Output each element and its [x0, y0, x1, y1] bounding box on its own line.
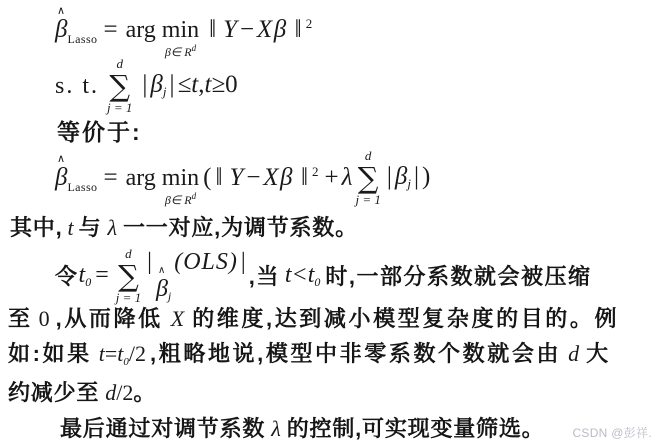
norm-expression: ‖Y−Xβ‖2	[209, 16, 312, 44]
beta-hat-lasso: ∧ βLasso	[55, 5, 97, 46]
penalty-expression: |βj|)	[384, 163, 430, 192]
power-2: 2	[306, 16, 313, 31]
subject-to-label: s. t.	[55, 73, 99, 100]
lambda-symbol: λ	[107, 215, 117, 240]
text-fragment: 令	[55, 263, 79, 290]
beta-j: β	[150, 71, 162, 98]
t0-subscript: 0	[85, 275, 91, 289]
hat-symbol: ∧	[57, 153, 65, 164]
equals-sign: =	[95, 262, 109, 288]
t0-subscript: 0	[314, 275, 320, 289]
beta-symbol: β	[55, 164, 67, 191]
sigma-symbol: ∑	[118, 262, 139, 291]
formula-lasso-constrained: ∧ βLasso = arg min β∈ Rd ‖Y−Xβ‖2	[55, 2, 312, 58]
abs-bar-close: |	[414, 163, 419, 190]
text-fragment: 的控制,可实现变量筛选。	[287, 416, 545, 441]
power-2: 2	[312, 164, 319, 179]
abs-bar-open: |	[142, 71, 147, 98]
norm-open: ‖	[215, 164, 222, 191]
arg-operator: arg	[126, 165, 156, 192]
sigma-symbol: ∑	[109, 72, 130, 101]
summation-block: d ∑ j = 1	[355, 149, 380, 207]
csdn-watermark: CSDN @彭祥.	[572, 424, 652, 441]
min-constraint: β∈ R	[165, 193, 192, 207]
residual-expression: Y−Xβ	[229, 164, 294, 191]
arg-operator: arg	[126, 17, 156, 44]
min-operator-block: min β∈ Rd	[162, 18, 199, 61]
text-fragment: 与	[79, 215, 102, 240]
min-constraint-exponent: d	[192, 43, 197, 53]
paren-close: )	[422, 163, 430, 190]
sum-lower-limit: j = 1	[107, 101, 132, 115]
text-fragment: ,当	[249, 263, 280, 290]
norm-open: ‖	[209, 16, 216, 43]
geq-sign: ≥	[211, 71, 225, 98]
d-variable: d	[568, 341, 579, 366]
leq-sign: ≤	[178, 71, 192, 98]
hat-symbol: ∧	[57, 5, 65, 16]
min-constraint: β∈ R	[165, 45, 192, 59]
document-page: ∧ βLasso = arg min β∈ Rd ‖Y−Xβ‖2 s. t. d…	[0, 0, 662, 448]
t-lt-t0: t<t0	[280, 262, 326, 290]
abs-bar-close: |	[170, 71, 175, 98]
text-fragment: 如:如果	[8, 341, 92, 366]
paragraph-reduction-result: 约减少至d/2。	[8, 379, 155, 406]
ols-abs-expression: |∧βj(OLS)|	[144, 249, 249, 303]
constraint-expression: |βj|≤t,t≥0	[139, 71, 237, 100]
x-matrix: X	[171, 306, 184, 331]
sum-lower-limit: j = 1	[355, 193, 380, 207]
formula-lasso-penalized: ∧ βLasso = arg min β∈ Rd ( ‖Y−Xβ‖2 + λ d…	[55, 148, 430, 208]
text-fragment: 约减少至	[8, 380, 99, 405]
beta-symbol: β	[156, 276, 168, 302]
sum-lower-limit: j = 1	[116, 291, 141, 305]
sigma-symbol: ∑	[358, 164, 379, 193]
residual-expression: Y−Xβ	[223, 16, 288, 43]
beta-hat-j: ∧βj	[156, 266, 171, 303]
text-fragment: ,粗略地说,模型中非零系数个数就会由	[150, 341, 561, 366]
paragraph-example: 如:如果t=t0/2,粗略地说,模型中非零系数个数就会由d大	[8, 340, 611, 368]
min-operator: min	[162, 166, 199, 191]
equals-sign: =	[103, 164, 117, 192]
beta-j-subscript: j	[163, 85, 167, 100]
half-fraction: /2	[116, 380, 133, 405]
summation-block: d ∑ j = 1	[107, 57, 132, 115]
paragraph-t0-definition: 令 t0= d ∑ j = 1 |∧βj(OLS)| ,当 t<t0 时,一部分…	[55, 248, 592, 304]
text-fragment: 的维度,达到减小模型复杂度的目的。例	[192, 306, 619, 331]
norm-close: ‖	[301, 164, 308, 191]
beta-j-subscript: j	[168, 289, 171, 303]
beta-subscript-lasso: Lasso	[67, 180, 97, 194]
norm-expression: ‖Y−Xβ‖2	[215, 164, 318, 192]
zero-value: 0	[225, 71, 238, 98]
hat-symbol: ∧	[158, 266, 165, 276]
beta-hat-lasso-2: ∧ βLasso	[55, 153, 97, 194]
text-fragment: ,从而降低	[56, 306, 163, 331]
paragraph-dimension-reduction: 至0,从而降低X的维度,达到减小模型复杂度的目的。例	[8, 305, 619, 332]
beta-j-subscript: j	[407, 177, 411, 192]
plus-sign: +	[325, 164, 339, 192]
min-operator-block: min β∈ Rd	[162, 166, 199, 209]
summation-block: d ∑ j = 1	[116, 247, 141, 305]
d-variable: d	[105, 380, 116, 405]
t-variable: t	[68, 215, 74, 240]
equals-sign: =	[103, 16, 117, 44]
zero-value: 0	[39, 306, 50, 331]
text-fragment: 大	[586, 341, 611, 366]
lambda-symbol: λ	[271, 416, 281, 441]
abs-bar-close: |	[241, 249, 246, 275]
text-fragment: 至	[8, 306, 33, 331]
norm-close: ‖	[295, 16, 302, 43]
beta-symbol: β	[55, 16, 67, 43]
beta-j: β	[395, 163, 407, 190]
half-fraction: /2	[129, 341, 146, 366]
formula-constraint: s. t. d ∑ j = 1 |βj|≤t,t≥0	[55, 58, 238, 114]
paragraph-conclusion: 最后通过对调节系数λ的控制,可实现变量筛选。	[60, 415, 544, 442]
text-fragment: 时,一部分系数就会被压缩	[325, 263, 591, 290]
lambda-symbol: λ	[342, 164, 353, 192]
abs-bar-open: |	[147, 249, 152, 275]
min-constraint-exponent: d	[192, 191, 197, 201]
paragraph-tuning: 其中,t与λ一一对应,为调节系数。	[10, 214, 358, 241]
text-fragment: 。	[133, 380, 155, 405]
text-fragment: 一一对应,为调节系数。	[123, 215, 358, 240]
t0-equals: t0=	[79, 262, 113, 290]
t-variable: t	[285, 262, 292, 288]
ols-label: (OLS)	[174, 249, 238, 275]
lt-sign: <	[292, 262, 308, 288]
heading-equivalence: 等价于:	[57, 119, 142, 146]
text-fragment: 最后通过对调节系数	[60, 416, 265, 441]
beta-subscript-lasso: Lasso	[67, 32, 97, 46]
min-operator: min	[162, 18, 199, 43]
text-fragment: 其中,	[10, 215, 63, 240]
paren-open: (	[203, 164, 211, 192]
abs-bar-open: |	[387, 163, 392, 190]
equals-sign: =	[105, 341, 117, 366]
